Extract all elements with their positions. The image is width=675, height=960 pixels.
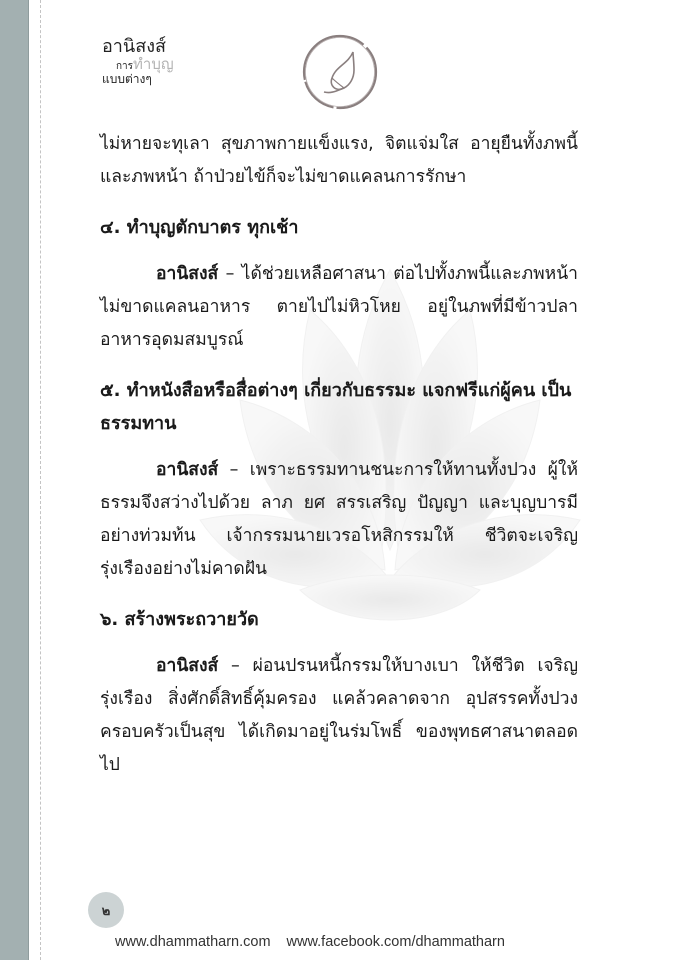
section-heading-6: ๖. สร้างพระถวายวัด xyxy=(100,603,578,636)
benefit-label: อานิสงส์ xyxy=(156,264,218,284)
facebook-link[interactable]: www.facebook.com/dhammatharn xyxy=(287,934,505,950)
page-number-badge: ๒ xyxy=(88,892,124,928)
page-content: ไม่หายจะทุเลา สุขภาพกายแข็งแรง, จิตแจ่มใ… xyxy=(100,128,578,782)
title-line-3: แบบต่างๆ xyxy=(102,73,174,85)
section-body-4: อานิสงส์ – ได้ช่วยเหลือศาสนา ต่อไปทั้งภพ… xyxy=(100,258,578,357)
section-body-5: อานิสงส์ – เพราะธรรมทานชนะการให้ทานทั้งป… xyxy=(100,454,578,586)
title-line-2-prefix: การ xyxy=(116,61,133,72)
section-body-6: อานิสงส์ – ผ่อนปรนหนี้กรรมให้บางเบา ให้ช… xyxy=(100,650,578,782)
website-link[interactable]: www.dhammatharn.com xyxy=(115,934,271,950)
left-margin-band xyxy=(0,0,29,960)
title-line-2-highlight: ทำบุญ xyxy=(133,55,174,73)
dashed-margin-line xyxy=(40,0,41,960)
footer-links: www.dhammatharn.comwww.facebook.com/dham… xyxy=(115,934,505,950)
benefit-label: อานิสงส์ xyxy=(156,460,218,480)
section-heading-5: ๕. ทำหนังสือหรือสื่อต่างๆ เกี่ยวกับธรรมะ… xyxy=(100,374,578,440)
title-line-1: อานิสงส์ xyxy=(102,38,174,56)
benefit-label: อานิสงส์ xyxy=(156,656,218,676)
bodhi-leaf-circle-icon xyxy=(298,30,382,114)
intro-paragraph: ไม่หายจะทุเลา สุขภาพกายแข็งแรง, จิตแจ่มใ… xyxy=(100,128,578,194)
book-title: อานิสงส์ การทำบุญ แบบต่างๆ xyxy=(102,38,174,85)
section-heading-4: ๔. ทำบุญตักบาตร ทุกเช้า xyxy=(100,211,578,244)
